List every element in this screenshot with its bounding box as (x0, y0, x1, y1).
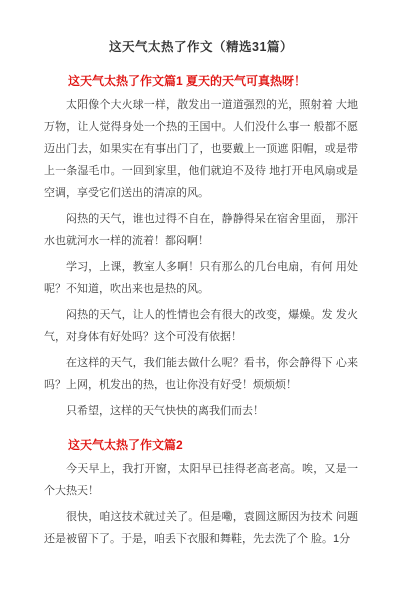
section-1-paragraph-4: 闷热的天气，让人的性情也会有很大的改变，爆燥。发 发火气，对身体有好处吗？这个可… (44, 304, 358, 348)
section-1-paragraph-3: 学习，上课，教室人多啊！只有那么的几台电扇，有何 用处呢？不知道，吹出来也是热的… (44, 256, 358, 300)
section-2-paragraph-2: 很快，咱这技术就过关了。但是嘞，袁圆这厮因为技术 问题还是被留下了。于是，咱丢下… (44, 506, 358, 550)
section-1-paragraph-2: 闷热的天气，谁也过得不自在，静静得呆在宿舍里面， 那汗水也就河水一样的流着！都闷… (44, 208, 358, 252)
section-2-heading: 这天气太热了作文篇2 (44, 434, 358, 456)
section-1-heading: 这天气太热了作文篇1 夏天的天气可真热呀！ (44, 70, 358, 92)
section-1-paragraph-5: 在这样的天气，我们能去做什么呢？看书，你会静得下 心来吗？上网，机发出的热，也让… (44, 352, 358, 396)
section-2-paragraph-1: 今天早上，我打开窗，太阳早已挂得老高老高。唉，又是一个大热天！ (44, 458, 358, 502)
document-title: 这天气太热了作文（精选31篇） (44, 36, 358, 58)
section-1-paragraph-6: 只希望，这样的天气快快的离我们而去！ (44, 400, 358, 422)
document-page: 这天气太热了作文（精选31篇） 这天气太热了作文篇1 夏天的天气可真热呀！ 太阳… (0, 0, 401, 600)
section-1-paragraph-1: 太阳像个大火球一样，散发出一道道强烈的光，照射着 大地万物，让人觉得身处一个热的… (44, 94, 358, 204)
